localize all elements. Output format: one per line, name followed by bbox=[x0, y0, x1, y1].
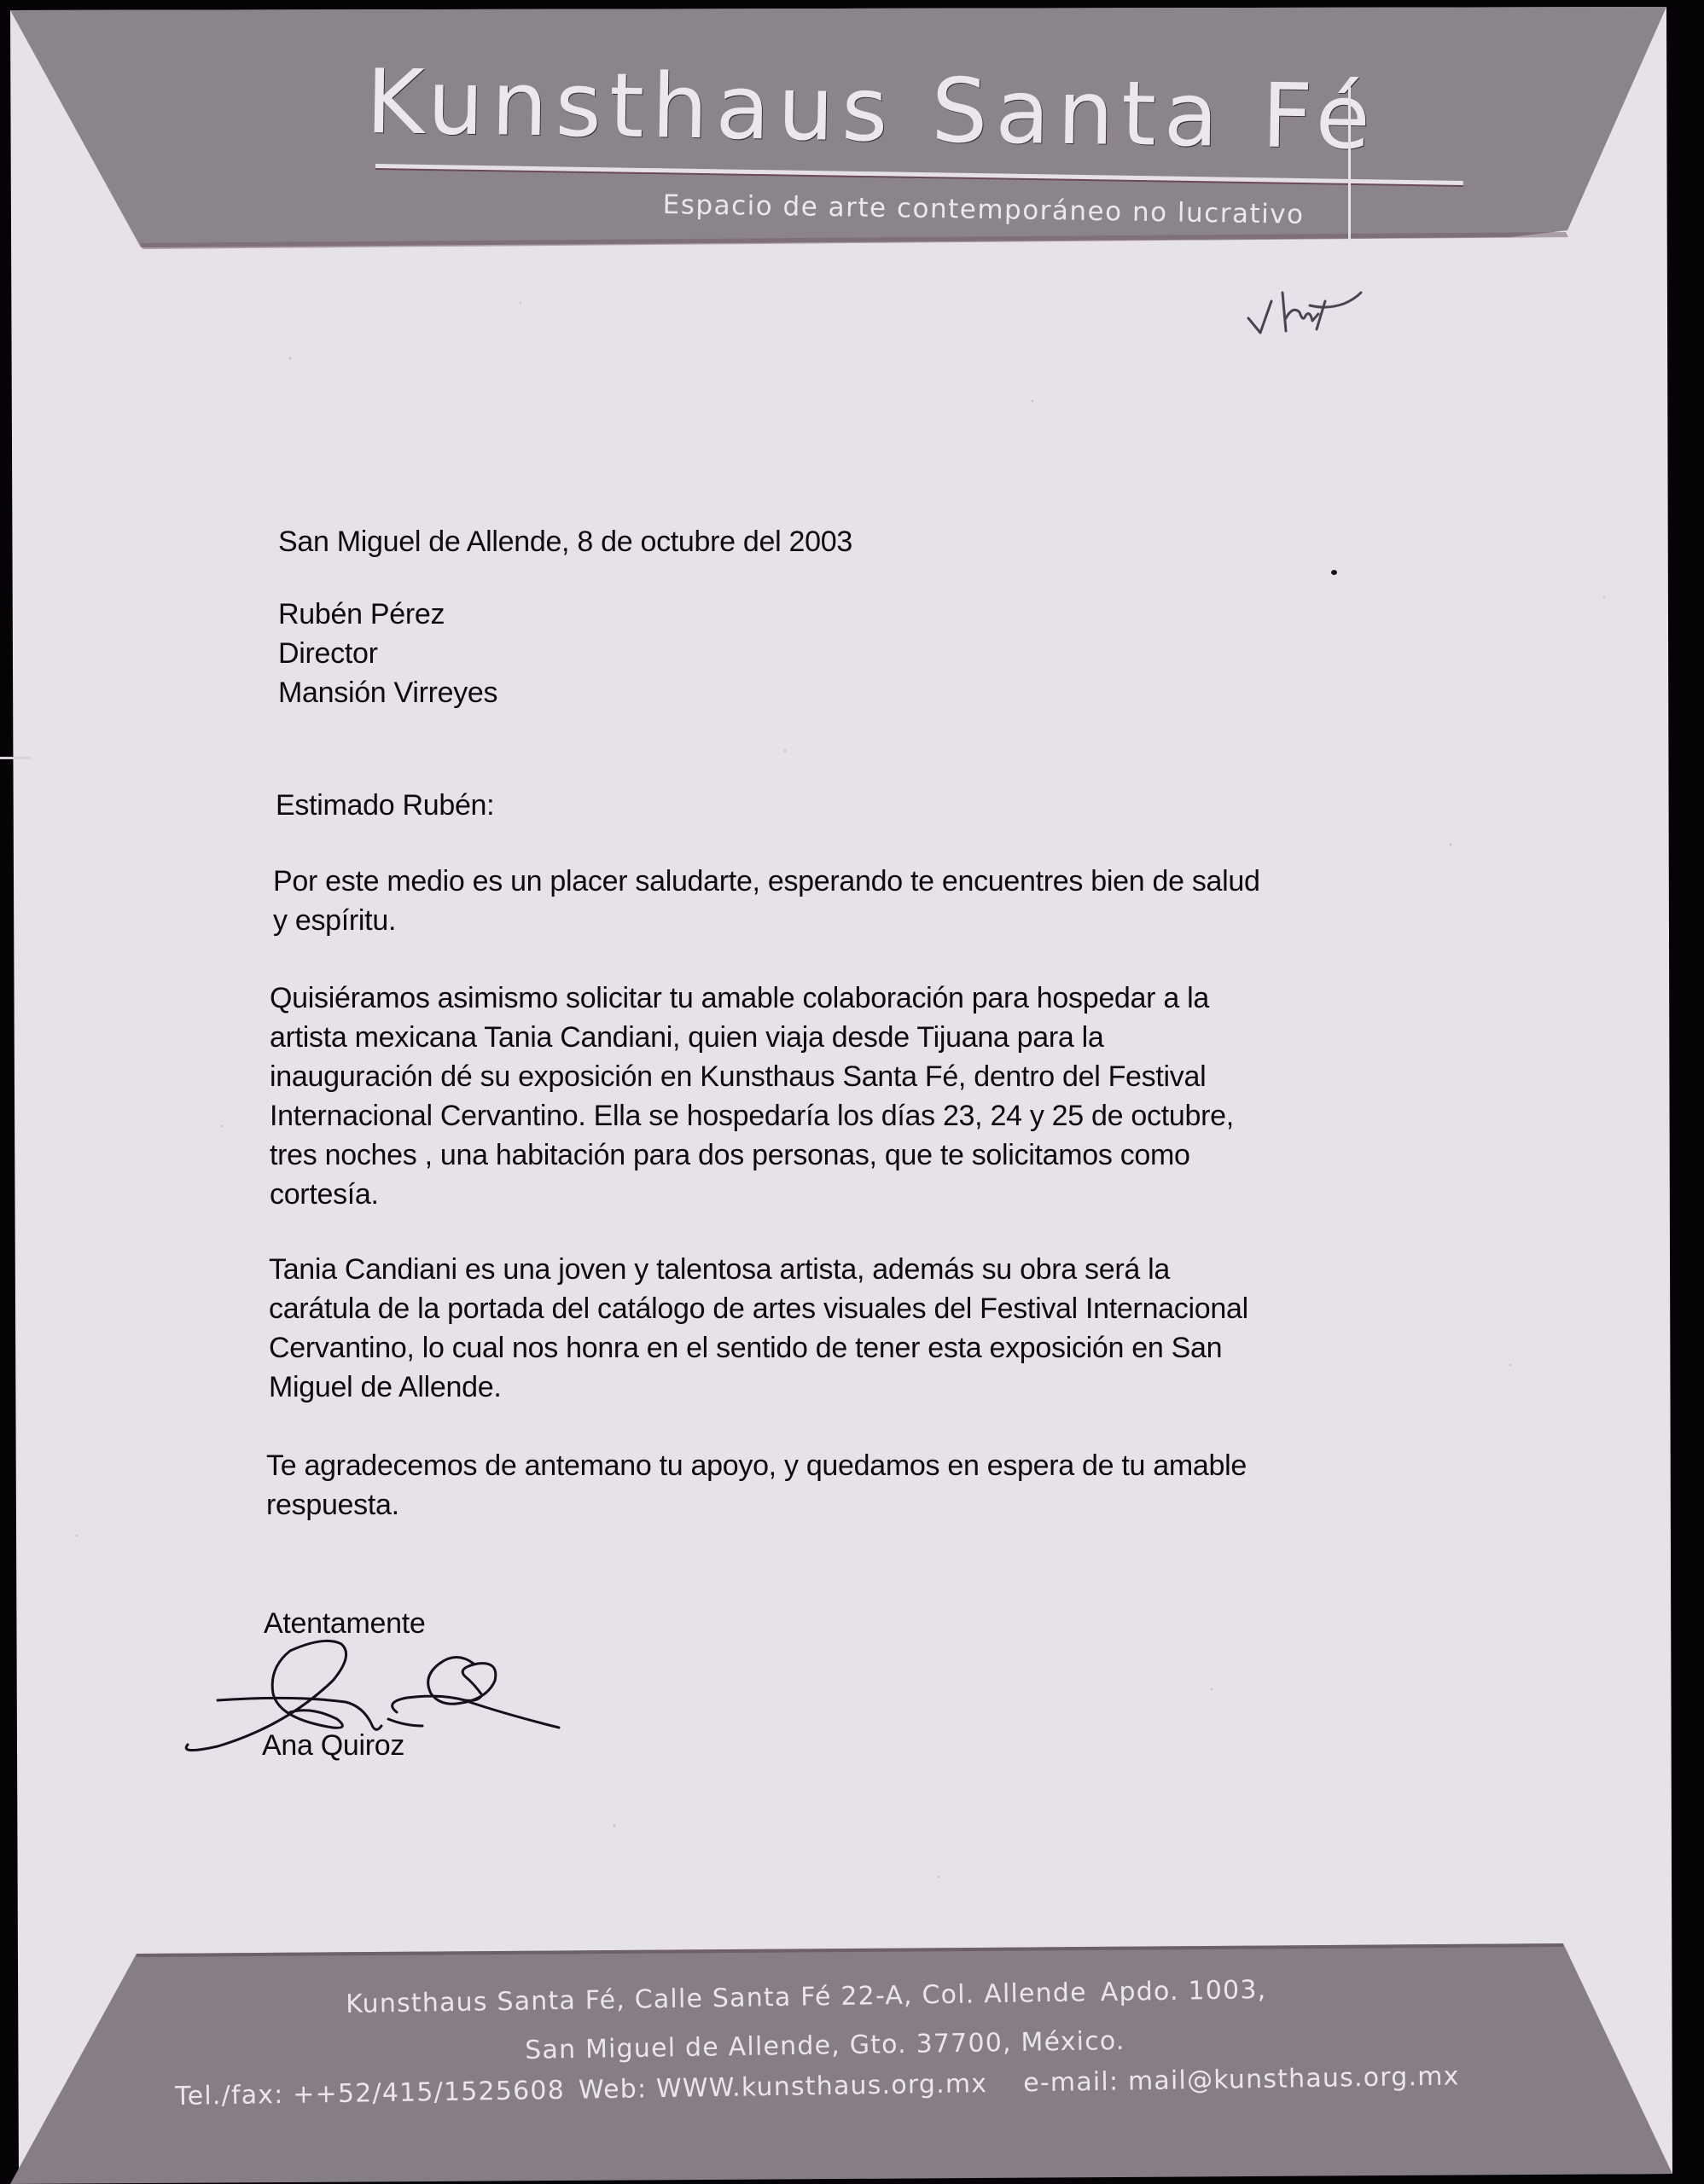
signature-icon bbox=[183, 1634, 627, 1762]
recipient-block: Rubén Pérez Director Mansión Virreyes bbox=[278, 595, 497, 712]
signer-name-text: Ana Quiroz bbox=[262, 1726, 404, 1765]
paragraph-request: Quisiéramos asimismo solicitar tu amable… bbox=[270, 979, 1234, 1214]
salutation: Estimado Rubén: bbox=[276, 786, 494, 825]
letter-page: Kunsthaus Santa Fé Espacio de arte conte… bbox=[0, 0, 1704, 2184]
paragraph-thanks: Te agradecemos de antemano tu apoyo, y q… bbox=[266, 1446, 1247, 1525]
place-date-text: San Miguel de Allende, 8 de octubre del … bbox=[278, 522, 852, 561]
footer-phone: Tel./fax: ++52/415/1525608 bbox=[175, 2076, 565, 2111]
letter-date: San Miguel de Allende, 8 de octubre del … bbox=[278, 522, 852, 561]
signer: Ana Quiroz bbox=[262, 1726, 404, 1765]
paragraph-line: Quisiéramos asimismo solicitar tu amable… bbox=[270, 979, 1234, 1018]
paragraph-line: artista mexicana Tania Candiani, quien v… bbox=[270, 1018, 1234, 1057]
paragraph-line: tres noches , una habitación para dos pe… bbox=[270, 1136, 1234, 1175]
salutation-text: Estimado Rubén: bbox=[276, 786, 494, 825]
paragraph-line: cortesía. bbox=[270, 1175, 1234, 1214]
paragraph-line: Cervantino, lo cual nos honra en el sent… bbox=[269, 1328, 1248, 1368]
letterhead-rule-vertical bbox=[1348, 81, 1351, 247]
paragraph-line: Internacional Cervantino. Ella se hosped… bbox=[270, 1096, 1234, 1136]
paragraph-artist: Tania Candiani es una joven y talentosa … bbox=[269, 1250, 1248, 1407]
paragraph-line: Miguel de Allende. bbox=[269, 1368, 1248, 1407]
paragraph-line: Te agradecemos de antemano tu apoyo, y q… bbox=[266, 1446, 1247, 1485]
footer-po-box: Apdo. 1003, bbox=[1100, 1975, 1266, 2007]
scan-edge-mark bbox=[0, 757, 31, 759]
paragraph-line: y espíritu. bbox=[273, 901, 1260, 940]
paragraph-line: respuesta. bbox=[266, 1485, 1247, 1525]
paragraph-line: Por este medio es un placer saludarte, e… bbox=[273, 862, 1260, 901]
recipient-name: Rubén Pérez bbox=[278, 595, 497, 634]
recipient-title: Director bbox=[278, 634, 497, 673]
paragraph-line: inauguración dé su exposición en Kunstha… bbox=[270, 1057, 1234, 1096]
paper-speck bbox=[1331, 570, 1337, 575]
paragraph-line: Tania Candiani es una joven y talentosa … bbox=[269, 1250, 1248, 1289]
handwritten-fax-note-icon bbox=[1242, 271, 1378, 340]
letterhead-title: Kunsthaus Santa Fé bbox=[365, 49, 1379, 170]
paragraph-greeting: Por este medio es un placer saludarte, e… bbox=[273, 862, 1260, 940]
recipient-organization: Mansión Virreyes bbox=[278, 673, 497, 712]
paragraph-line: carátula de la portada del catálogo de a… bbox=[269, 1289, 1248, 1328]
